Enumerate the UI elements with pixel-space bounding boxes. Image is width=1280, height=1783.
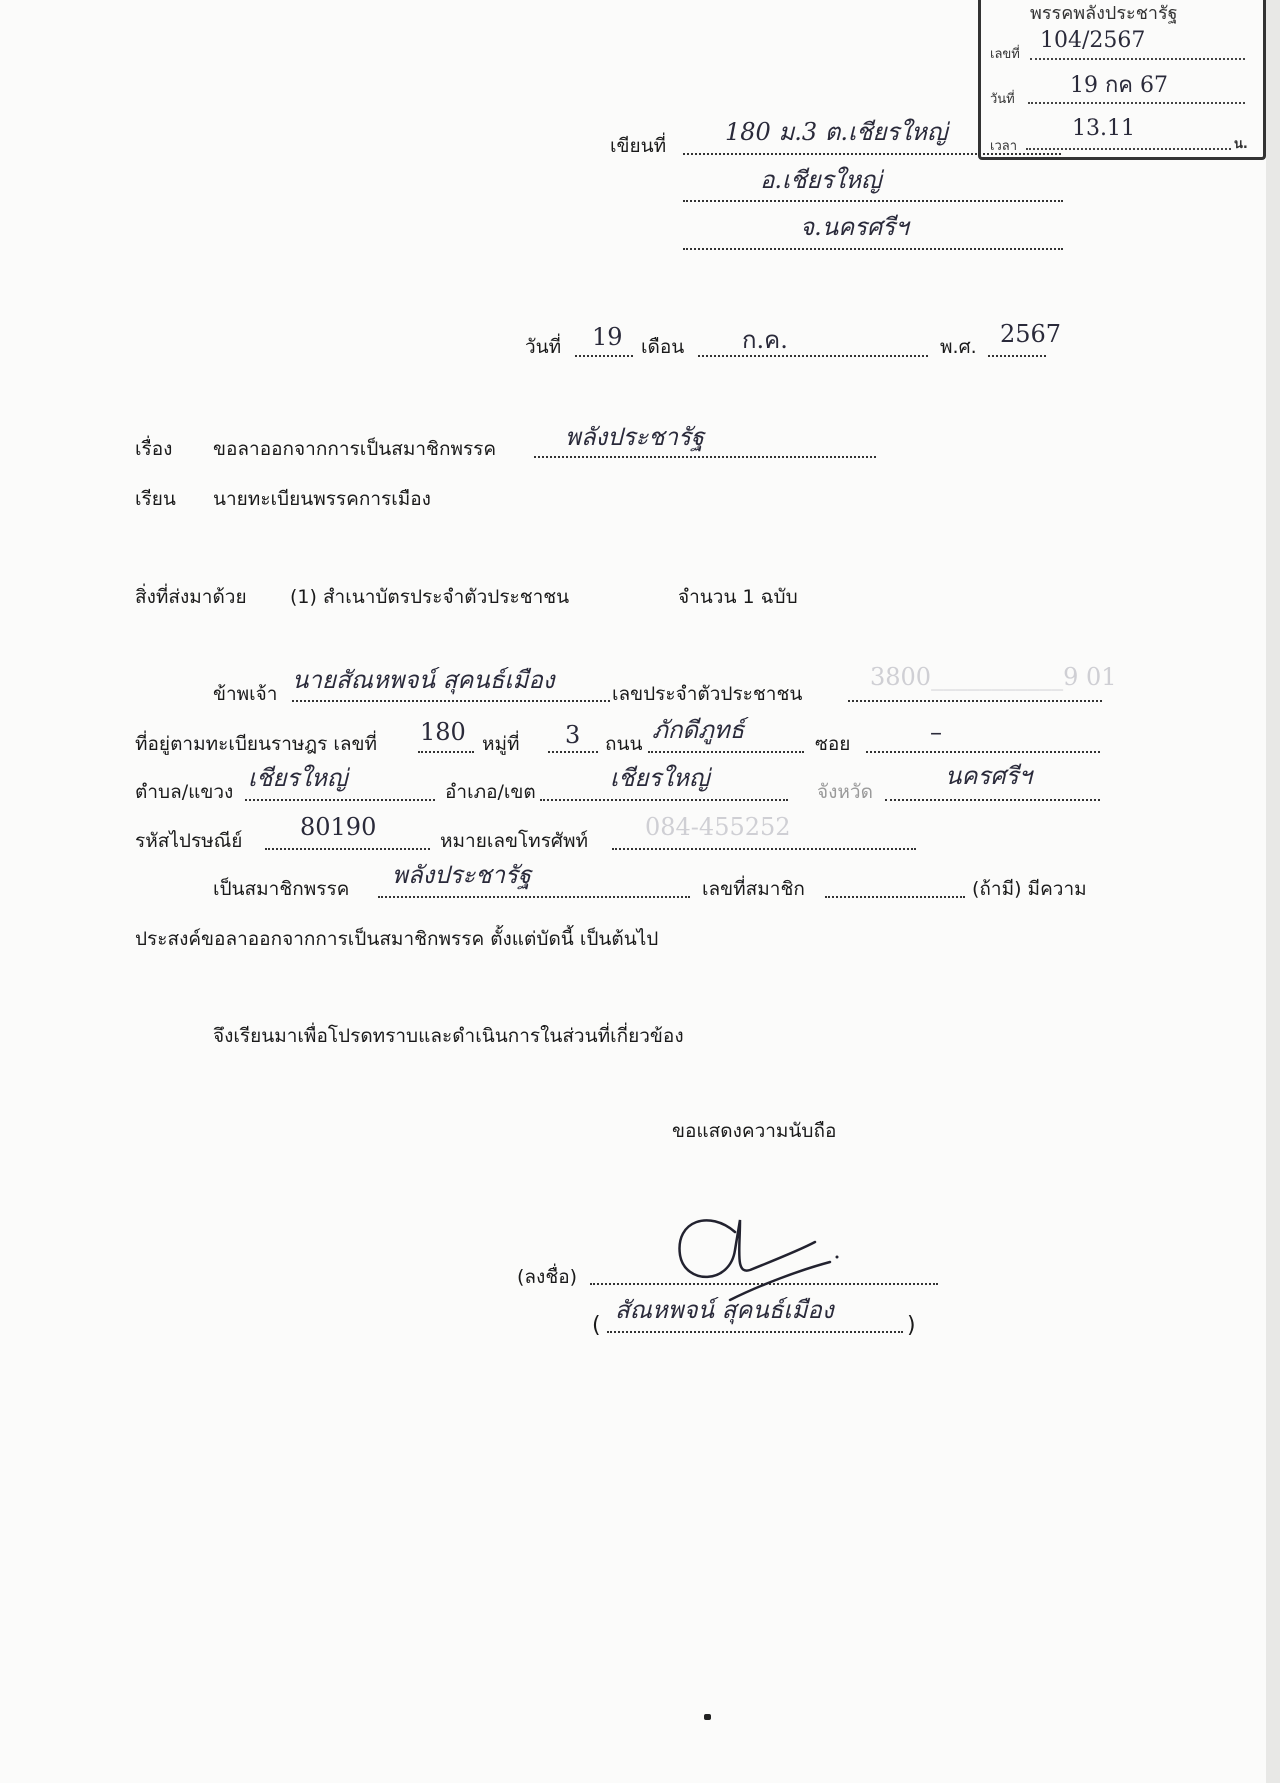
member-label: เป็นสมาชิกพรรค bbox=[213, 880, 349, 899]
close-paren: ) bbox=[907, 1315, 916, 1337]
stamp-time-suffix: น. bbox=[1234, 138, 1248, 151]
member-no-line bbox=[825, 896, 965, 898]
district-label: อำเภอ/เขต bbox=[445, 783, 536, 802]
month-label: เดือน bbox=[641, 338, 684, 357]
phone-value: 084-455252 bbox=[645, 815, 791, 839]
stamp-date-value: 19 กค 67 bbox=[1070, 75, 1168, 97]
province-line bbox=[885, 799, 1100, 801]
road-value: ภักดีภูทธ์ bbox=[652, 718, 744, 742]
month-value: ก.ค. bbox=[742, 328, 788, 352]
page-edge bbox=[1266, 0, 1280, 1783]
district-value: เชียรใหญ่ bbox=[610, 766, 709, 790]
written-at-value-3: จ.นครศรีฯ bbox=[800, 215, 909, 239]
year-line bbox=[988, 355, 1046, 357]
postal-label: รหัสไปรษณีย์ bbox=[135, 832, 242, 851]
moo-value: 3 bbox=[565, 723, 580, 747]
phone-label: หมายเลขโทรศัพท์ bbox=[440, 832, 588, 851]
id-label: เลขประจำตัวประชาชน bbox=[612, 685, 802, 704]
i-label: ข้าพเจ้า bbox=[213, 685, 277, 704]
address-label: ที่อยู่ตามทะเบียนราษฎร เลขที่ bbox=[135, 735, 377, 754]
closing-regards: ขอแสดงความนับถือ bbox=[672, 1122, 836, 1141]
signature bbox=[640, 1200, 860, 1310]
moo-line bbox=[548, 751, 598, 753]
member-no-suffix: (ถ้ามี) มีความ bbox=[972, 880, 1087, 899]
road-line bbox=[648, 751, 804, 753]
stamp-time-line bbox=[1026, 148, 1231, 150]
scan-dot-mark bbox=[704, 1714, 711, 1720]
name-line bbox=[292, 700, 610, 702]
enclosure-item: (1) สำเนาบัตรประจำตัวประชาชน bbox=[290, 588, 569, 607]
house-no-value: 180 bbox=[420, 720, 466, 744]
subdistrict-value: เชียรใหญ่ bbox=[248, 766, 347, 790]
house-no-line bbox=[418, 751, 474, 753]
enclosure-label: สิ่งที่ส่งมาด้วย bbox=[135, 588, 247, 607]
district-line bbox=[540, 799, 788, 801]
printed-name: สัณหพจน์ สุคนธ์เมือง bbox=[615, 1298, 834, 1322]
subject-text: ขอลาออกจากการเป็นสมาชิกพรรค bbox=[213, 440, 496, 459]
sign-label: (ลงชื่อ) bbox=[517, 1268, 577, 1287]
subdistrict-line bbox=[245, 799, 435, 801]
province-value: นครศรีฯ bbox=[945, 764, 1032, 788]
stamp-time-value: 13.11 bbox=[1072, 118, 1135, 140]
soi-value: – bbox=[930, 720, 942, 744]
day-line bbox=[575, 355, 633, 357]
member-party-line bbox=[378, 896, 690, 898]
member-party-value: พลังประชารัฐ bbox=[392, 863, 531, 887]
stamp-date-label: วันที่ bbox=[990, 93, 1015, 106]
day-label: วันที่ bbox=[525, 338, 561, 357]
written-at-line-3 bbox=[683, 248, 1063, 250]
closing-request: จึงเรียนมาเพื่อโปรดทราบและดำเนินการในส่ว… bbox=[213, 1027, 684, 1046]
year-value: 2567 bbox=[1000, 322, 1061, 346]
subject-party-line bbox=[534, 456, 876, 458]
intent-line: ประสงค์ขอลาออกจากการเป็นสมาชิกพรรค ตั้งแ… bbox=[135, 930, 658, 949]
open-paren: ( bbox=[592, 1315, 601, 1337]
to-label: เรียน bbox=[135, 490, 176, 509]
id-line bbox=[848, 700, 1102, 702]
id-value: 3800___________9 01 bbox=[870, 665, 1117, 689]
moo-label: หมู่ที่ bbox=[482, 735, 520, 754]
written-at-value-2: อ.เชียรใหญ่ bbox=[760, 168, 881, 192]
written-at-label: เขียนที่ bbox=[610, 137, 666, 156]
stamp-number-line bbox=[1030, 58, 1245, 60]
name-value: นายสัณหพจน์ สุคนธ์เมือง bbox=[292, 668, 555, 692]
province-label: จังหวัด bbox=[817, 783, 873, 802]
road-label: ถนน bbox=[605, 735, 642, 754]
stamp-number-value: 104/2567 bbox=[1040, 30, 1145, 52]
year-label: พ.ศ. bbox=[940, 338, 977, 357]
subject-label: เรื่อง bbox=[135, 440, 172, 459]
postal-line bbox=[265, 848, 430, 850]
phone-line bbox=[612, 848, 916, 850]
month-line bbox=[698, 355, 928, 357]
day-value: 19 bbox=[592, 325, 623, 349]
written-at-line-2 bbox=[683, 200, 1063, 202]
subject-party-value: พลังประชารัฐ bbox=[565, 425, 704, 449]
written-at-value-1: 180 ม.3 ต.เชียรใหญ่ bbox=[725, 120, 947, 144]
stamp-party: พรรคพลังประชารัฐ bbox=[1030, 5, 1178, 23]
stamp-date-line bbox=[1028, 102, 1245, 104]
printed-name-line bbox=[607, 1331, 903, 1333]
stamp-number-label: เลขที่ bbox=[990, 48, 1020, 61]
member-no-label: เลขที่สมาชิก bbox=[702, 880, 805, 899]
subdistrict-label: ตำบล/แขวง bbox=[135, 783, 233, 802]
written-at-line-1 bbox=[683, 153, 1061, 155]
soi-label: ซอย bbox=[815, 735, 850, 754]
postal-value: 80190 bbox=[300, 815, 376, 839]
enclosure-quantity: จำนวน 1 ฉบับ bbox=[678, 588, 798, 607]
soi-line bbox=[866, 751, 1100, 753]
stamp-time-label: เวลา bbox=[990, 140, 1017, 153]
to-text: นายทะเบียนพรรคการเมือง bbox=[213, 490, 431, 509]
